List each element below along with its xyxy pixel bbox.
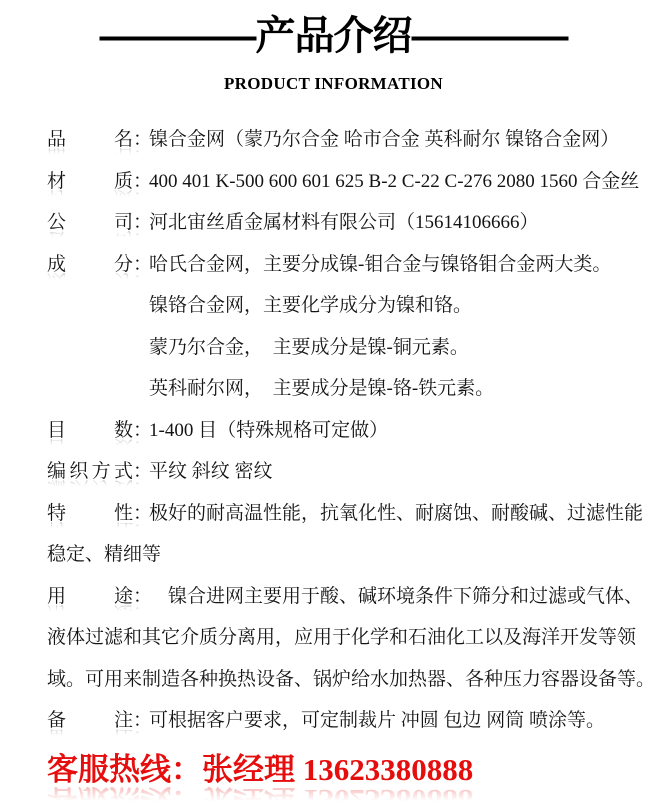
field-label: 用途： [47,586,149,608]
colon: ： [133,212,149,234]
field-label: 品名： [47,129,149,151]
field-value: 平纹 斜纹 密纹 [149,461,273,482]
hotline: 客服热线：张经理 13623380888 [47,751,473,789]
composition-subline: 镍铬合金网，主要化学成分为镍和铬。 [149,285,659,327]
colon: ： [133,254,149,276]
page-title: ————产品介绍———— [0,12,667,60]
colon: ： [133,420,149,442]
field-value: 极好的耐高温性能，抗氧化性、耐腐蚀、耐酸碱、过滤性能 [149,503,643,524]
field-label: 特性： [47,503,149,525]
usage-continuation: 液体过滤和其它介质分离用，应用于化学和石油化工以及海洋开发等领 [47,617,659,659]
hotline-section: 客服热线：张经理 13623380888 [47,751,667,789]
page-subtitle: PRODUCT INFORMATION [0,74,667,94]
colon: ： [133,461,149,483]
field-label: 目数： [47,420,149,442]
field-row-mesh-count: 目数：1-400 目（特殊规格可定做） [47,410,659,452]
field-row-usage: 用途： 镍合进网主要用于酸、碱环境条件下筛分和过滤或气体、 [47,576,659,618]
field-row-remarks: 备注：可根据客户要求，可定制裁片 冲圆 包边 网筒 喷涂等。 [47,700,659,742]
field-row-product-name: 品名：镍合金网（蒙乃尔合金 哈市合金 英科耐尔 镍铬合金网） [47,119,659,161]
product-info-sheet: ————产品介绍———— PRODUCT INFORMATION 品名：镍合金网… [0,0,667,789]
colon: ： [133,503,149,525]
field-value: 哈氏合金网，主要分成镍-钼合金与镍铬钼合金两大类。 [149,254,611,275]
field-label: 编织方式： [47,461,149,483]
field-row-material: 材质：400 401 K-500 600 601 625 B-2 C-22 C-… [47,161,659,203]
field-row-company: 公司：河北宙丝盾金属材料有限公司（15614106666） [47,202,659,244]
composition-subline: 英科耐尔网， 主要成分是镍-铬-铁元素。 [149,368,659,410]
composition-subline: 蒙乃尔合金， 主要成分是镍-铜元素。 [149,327,659,369]
field-value: 河北宙丝盾金属材料有限公司（15614106666） [149,212,539,233]
field-value: 400 401 K-500 600 601 625 B-2 C-22 C-276… [149,171,639,192]
features-continuation: 稳定、精细等 [47,534,659,576]
field-value: 可根据客户要求，可定制裁片 冲圆 包边 网筒 喷涂等。 [149,710,605,731]
field-value: 镍合金网（蒙乃尔合金 哈市合金 英科耐尔 镍铬合金网） [149,129,619,150]
field-value: 镍合进网主要用于酸、碱环境条件下筛分和过滤或气体、 [149,586,643,607]
fields-section: 品名：镍合金网（蒙乃尔合金 哈市合金 英科耐尔 镍铬合金网） 材质：400 40… [47,119,659,742]
field-value: 1-400 目（特殊规格可定做） [149,420,388,441]
colon: ： [133,586,149,608]
field-label: 成分： [47,254,149,276]
field-label: 材质： [47,171,149,193]
field-label: 公司： [47,212,149,234]
colon: ： [133,710,149,732]
field-row-composition: 成分：哈氏合金网，主要分成镍-钼合金与镍铬钼合金两大类。 [47,244,659,286]
field-row-weave-type: 编织方式：平纹 斜纹 密纹 [47,451,659,493]
field-row-features: 特性：极好的耐高温性能，抗氧化性、耐腐蚀、耐酸碱、过滤性能 [47,493,659,535]
usage-continuation: 域。可用来制造各种换热设备、锅炉给水加热器、各种压力容器设备等。 [47,659,659,701]
colon: ： [133,129,149,151]
colon: ： [133,171,149,193]
field-label: 备注： [47,710,149,732]
